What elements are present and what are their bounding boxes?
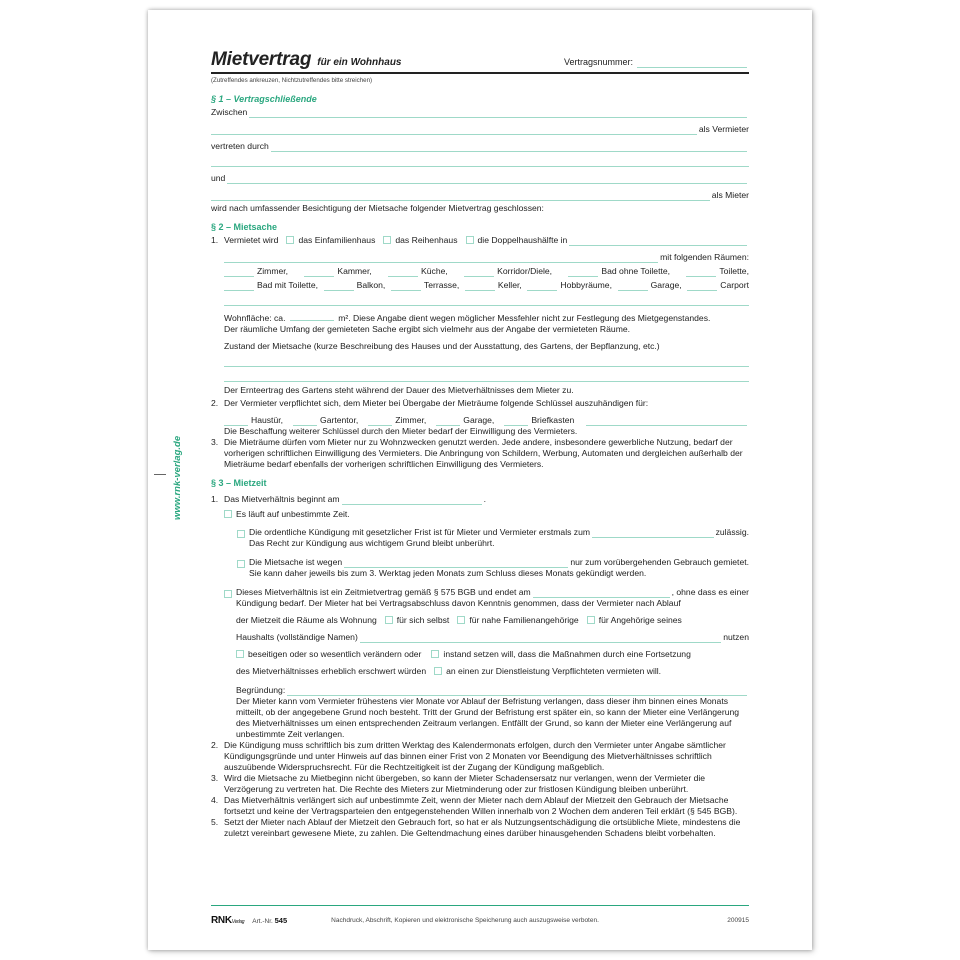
contract-number-field[interactable] <box>637 59 747 68</box>
option-label-end: nur zum vorübergehenden Gebrauch gemiete… <box>570 557 749 568</box>
count-label: Korridor/Diele, <box>497 266 552 277</box>
option-label: für Angehörige seines <box>599 615 682 625</box>
checkbox[interactable] <box>236 650 244 658</box>
checkbox[interactable] <box>431 650 439 658</box>
checkbox[interactable] <box>224 590 232 598</box>
instruction-hint: (Zutreffendes ankreuzen, Nichtzutreffend… <box>211 75 749 86</box>
end-date-field[interactable] <box>533 589 670 598</box>
section-3-items: 2.Die Kündigung muss schriftlich bis zum… <box>211 740 749 839</box>
rooms-row-2: Bad mit Toilette,Balkon,Terrasse,Keller,… <box>211 280 749 291</box>
count-field[interactable] <box>687 282 717 291</box>
option-label: für nahe Familienangehörige <box>469 615 578 625</box>
count-field-item: Briefkasten <box>504 415 574 426</box>
option-label: an einen zur Dienstleistung Verpflichtet… <box>446 666 661 676</box>
option-label-end: , ohne dass es einer <box>672 587 749 598</box>
area-note: Der räumliche Umfang der gemieteten Sach… <box>224 324 630 334</box>
option-label: Die Mietsache ist wegen <box>249 557 342 568</box>
count-field[interactable] <box>391 282 421 291</box>
use-household-option[interactable]: für Angehörige seines <box>587 615 682 626</box>
section-3-heading: § 3 – Mietzeit <box>211 477 749 489</box>
location-field-2[interactable] <box>224 254 658 263</box>
remove-option[interactable]: beseitigen oder so wesentlich verändern … <box>236 649 421 660</box>
use-suffix: nutzen <box>723 632 749 643</box>
clause-text: Die Kündigung muss schriftlich bis zum d… <box>224 740 749 773</box>
living-area: Wohnfläche: ca. m². Diese Angabe dient w… <box>211 312 749 335</box>
count-field-item: Carport <box>687 280 749 291</box>
rooms-label-row: mit folgenden Räumen: <box>211 250 749 263</box>
checkbox[interactable] <box>587 616 595 624</box>
keys-note: Die Beschaffung weiterer Schlüssel durch… <box>211 426 749 437</box>
item-number: 3. <box>211 773 224 795</box>
condition-field-2[interactable] <box>224 367 749 382</box>
between-label: Zwischen <box>211 107 247 118</box>
closing-text: wird nach umfassender Besichtigung der M… <box>211 203 749 214</box>
count-field-item: Zimmer, <box>368 415 426 426</box>
count-field-item: Haustür, <box>224 415 283 426</box>
use-row: der Mietzeit die Räume als Wohnung für s… <box>224 613 749 626</box>
page-title: Mietvertrag <box>211 50 311 70</box>
option-label: Es läuft auf unbestimmte Zeit. <box>236 509 350 519</box>
count-field[interactable] <box>224 282 254 291</box>
rented-label: Vermietet wird <box>224 235 278 246</box>
household-names-field[interactable] <box>360 634 721 643</box>
form-code: 200915 <box>727 917 749 924</box>
contract-number: Vertragsnummer: <box>564 57 749 68</box>
count-field[interactable] <box>436 417 460 426</box>
count-field-item: Toilette, <box>686 266 749 277</box>
section-1-heading: § 1 – Vertragschließende <box>211 93 749 105</box>
rooms-extra-field[interactable] <box>224 291 749 306</box>
count-field-item: Bad mit Toilette, <box>224 280 318 291</box>
location-field[interactable] <box>569 237 747 246</box>
option-note: Das Recht zur Kündigung aus wichtigem Gr… <box>237 538 749 549</box>
represented-row: vertreten durch <box>211 139 749 152</box>
numbered-clause: 4.Das Mietverhältnis verlängert sich auf… <box>211 795 749 817</box>
numbered-clause: 3.Wird die Mietsache zu Mietbeginn nicht… <box>211 773 749 795</box>
item-number: 1. <box>211 235 224 246</box>
checkbox[interactable] <box>237 560 245 568</box>
reason-row: Begründung: <box>224 683 749 696</box>
checkbox[interactable] <box>237 530 245 538</box>
count-field[interactable] <box>527 282 557 291</box>
count-field-item: Terrasse, <box>391 280 459 291</box>
checkbox[interactable] <box>383 236 391 244</box>
option-label: Dieses Mietverhältnis ist ein Zeitmietve… <box>236 587 531 598</box>
and-row: und <box>211 171 749 184</box>
numbered-clause: 5.Setzt der Mieter nach Ablauf der Mietz… <box>211 817 749 839</box>
count-label: Keller, <box>498 280 522 291</box>
contract-number-label: Vertragsnummer: <box>564 57 633 68</box>
living-area-field[interactable] <box>290 312 334 321</box>
item-number: 1. <box>211 494 224 505</box>
article-number: Art.-Nr. 545 <box>252 916 287 925</box>
option-label: das Reihenhaus <box>395 235 457 245</box>
count-field[interactable] <box>618 282 648 291</box>
count-field-item: Küche, <box>388 266 448 277</box>
contract-content: Mietvertrag für ein Wohnhaus Vertragsnum… <box>211 50 749 839</box>
count-field[interactable] <box>324 282 354 291</box>
area-prefix: Wohnfläche: ca. <box>224 313 285 323</box>
rooms-row-1: Zimmer,Kammer,Küche,Korridor/Diele,Bad o… <box>211 266 749 277</box>
count-label: Toilette, <box>719 266 749 277</box>
count-label: Garage, <box>651 280 682 291</box>
rented-row: 1. Vermietet wird das Einfamilienhaus da… <box>211 233 749 246</box>
count-label: Garage, <box>463 415 494 426</box>
count-label: Bad mit Toilette, <box>257 280 318 291</box>
clause-text: Setzt der Mieter nach Ablauf der Mietzei… <box>224 817 749 839</box>
condition-field-1[interactable] <box>224 352 749 367</box>
option-label: für sich selbst <box>397 615 450 625</box>
clause-text: Wird die Mietsache zu Mietbeginn nicht ü… <box>224 773 749 795</box>
between-row: Zwischen <box>211 105 749 118</box>
checkbox[interactable] <box>457 616 465 624</box>
option-label: das Einfamilienhaus <box>298 235 375 245</box>
hindered-label: des Mietverhältnisses erheblich erschwer… <box>236 666 426 677</box>
count-field[interactable] <box>368 417 392 426</box>
count-field[interactable] <box>293 417 317 426</box>
option-label: instand setzen will, dass die Maßnahmen … <box>443 649 690 659</box>
count-field[interactable] <box>304 268 334 277</box>
keys-extra-field[interactable] <box>586 417 747 426</box>
household-label: Haushalts (vollständige Namen) <box>236 632 358 643</box>
option-text: Kündigung bedarf. Der Mieter hat bei Ver… <box>224 598 749 609</box>
temporary-use-option: Die Mietsache ist wegennur zum vorüberge… <box>211 555 749 579</box>
use-family-option[interactable]: für nahe Familienangehörige <box>457 615 578 626</box>
option-label-end: zulässig. <box>716 527 749 538</box>
service-option[interactable]: an einen zur Dienstleistung Verpflichtet… <box>434 666 661 677</box>
count-label: Zimmer, <box>257 266 288 277</box>
reason-field[interactable] <box>287 687 747 696</box>
option-label: Die ordentliche Kündigung mit gesetzlich… <box>249 527 590 538</box>
tenant-address-field[interactable] <box>211 192 710 201</box>
header: Mietvertrag für ein Wohnhaus Vertragsnum… <box>211 50 749 74</box>
item-number: 3. <box>211 437 224 470</box>
representative-field-2[interactable] <box>211 152 749 167</box>
count-label: Küche, <box>421 266 448 277</box>
checkbox[interactable] <box>385 616 393 624</box>
count-field-item: Zimmer, <box>224 266 288 277</box>
option-semi-detached[interactable]: die Doppelhaushälfte in <box>466 235 568 246</box>
checkbox[interactable] <box>434 667 442 675</box>
reason-label: Begründung: <box>236 685 285 696</box>
begin-label: Das Mietverhältnis beginnt am <box>224 494 340 505</box>
count-label: Hobbyräume, <box>560 280 612 291</box>
fold-mark <box>154 474 166 475</box>
as-landlord-label: als Vermieter <box>699 124 749 135</box>
keys-intro-text: Der Vermieter verpflichtet sich, dem Mie… <box>224 398 648 409</box>
count-field[interactable] <box>504 417 528 426</box>
begin-date-field[interactable] <box>342 496 482 505</box>
section-2-heading: § 2 – Mietsache <box>211 221 749 233</box>
option-note: Sie kann daher jeweils bis zum 3. Werkta… <box>237 568 749 579</box>
option-label: die Doppelhaushälfte in <box>478 235 568 245</box>
represented-label: vertreten durch <box>211 141 269 152</box>
landlord-name-field[interactable] <box>249 109 747 118</box>
condition-label: Zustand der Mietsache (kurze Beschreibun… <box>211 341 749 352</box>
begin-row: 1.Das Mietverhältnis beginnt am. <box>211 492 749 505</box>
count-field-item: Gartentor, <box>293 415 358 426</box>
service-row: des Mietverhältnisses erheblich erschwer… <box>224 664 749 677</box>
count-field[interactable] <box>686 268 716 277</box>
count-field[interactable] <box>388 268 418 277</box>
count-label: Briefkasten <box>531 415 574 426</box>
count-label: Terrasse, <box>424 280 459 291</box>
numbered-clause: 2.Die Kündigung muss schriftlich bis zum… <box>211 740 749 773</box>
clause-text: Das Mietverhältnis verlängert sich auf u… <box>224 795 749 817</box>
count-field[interactable] <box>465 282 495 291</box>
area-suffix: m². Diese Angabe dient wegen möglicher M… <box>338 313 710 323</box>
option-terraced-house[interactable]: das Reihenhaus <box>383 235 457 246</box>
count-label: Zimmer, <box>395 415 426 426</box>
checkbox[interactable] <box>286 236 294 244</box>
count-field[interactable] <box>224 268 254 277</box>
page-subtitle: für ein Wohnhaus <box>317 57 401 68</box>
tenant-row: als Mieter <box>211 188 749 201</box>
rooms-label: mit folgenden Räumen: <box>660 252 749 263</box>
count-label: Kammer, <box>337 266 371 277</box>
item-number: 5. <box>211 817 224 839</box>
footer: RNKVerlag Art.-Nr. 545 Nachdruck, Abschr… <box>211 915 749 926</box>
count-label: Carport <box>720 280 749 291</box>
count-field[interactable] <box>224 417 248 426</box>
count-field-item: Korridor/Diele, <box>464 266 552 277</box>
use-label: der Mietzeit die Räume als Wohnung <box>236 615 377 626</box>
reason-text: Der Mieter kann vom Vermieter frühestens… <box>224 696 749 740</box>
option-label: beseitigen oder so wesentlich verändern … <box>248 649 421 659</box>
count-field[interactable] <box>464 268 494 277</box>
alter-row: beseitigen oder so wesentlich verändern … <box>224 647 749 660</box>
count-field-item: Garage, <box>436 415 494 426</box>
item-number: 4. <box>211 795 224 817</box>
count-label: Haustür, <box>251 415 283 426</box>
count-label: Balkon, <box>357 280 386 291</box>
count-field-item: Balkon, <box>324 280 386 291</box>
tenant-name-field[interactable] <box>227 175 747 184</box>
garden-text: Der Ernteertrag des Gartens steht währen… <box>211 385 749 396</box>
keys-intro: 2.Der Vermieter verpflichtet sich, dem M… <box>211 396 749 409</box>
count-field-item: Garage, <box>618 280 682 291</box>
and-label: und <box>211 173 225 184</box>
count-field-item: Bad ohne Toilette, <box>568 266 670 277</box>
temporary-reason-field[interactable] <box>344 559 568 568</box>
unlimited-option[interactable]: Es läuft auf unbestimmte Zeit. <box>211 509 749 520</box>
publisher-url: www.rnk-verlag.de <box>172 436 183 520</box>
footer-divider <box>211 905 749 906</box>
count-field-item: Kammer, <box>304 266 371 277</box>
count-field-item: Hobbyräume, <box>527 280 612 291</box>
ordinary-termination-option: Die ordentliche Kündigung mit gesetzlich… <box>211 525 749 549</box>
count-field-item: Keller, <box>465 280 522 291</box>
publisher-logo: RNKVerlag <box>211 915 244 926</box>
fixed-term-option: Dieses Mietverhältnis ist ein Zeitmietve… <box>211 585 749 740</box>
option-single-house[interactable]: das Einfamilienhaus <box>286 235 375 246</box>
first-termination-date-field[interactable] <box>592 529 714 538</box>
landlord-address-field[interactable] <box>211 126 697 135</box>
item-number: 2. <box>211 740 224 773</box>
as-tenant-label: als Mieter <box>712 190 749 201</box>
household-row: Haushalts (vollständige Namen)nutzen <box>224 630 749 643</box>
usage-text: Die Mieträume dürfen vom Mieter nur zu W… <box>224 437 749 470</box>
repair-option[interactable]: instand setzen will, dass die Maßnahmen … <box>431 649 690 660</box>
landlord-row: als Vermieter <box>211 122 749 135</box>
count-field[interactable] <box>568 268 598 277</box>
usage-item: 3.Die Mieträume dürfen vom Mieter nur zu… <box>211 437 749 470</box>
representative-field[interactable] <box>271 143 747 152</box>
checkbox[interactable] <box>224 510 232 518</box>
copyright-notice: Nachdruck, Abschrift, Kopieren und elekt… <box>331 917 599 924</box>
keys-row: Haustür,Gartentor,Zimmer,Garage,Briefkas… <box>211 415 749 426</box>
item-number: 2. <box>211 398 224 409</box>
use-self-option[interactable]: für sich selbst <box>385 615 450 626</box>
count-label: Bad ohne Toilette, <box>601 266 670 277</box>
checkbox[interactable] <box>466 236 474 244</box>
count-label: Gartentor, <box>320 415 358 426</box>
